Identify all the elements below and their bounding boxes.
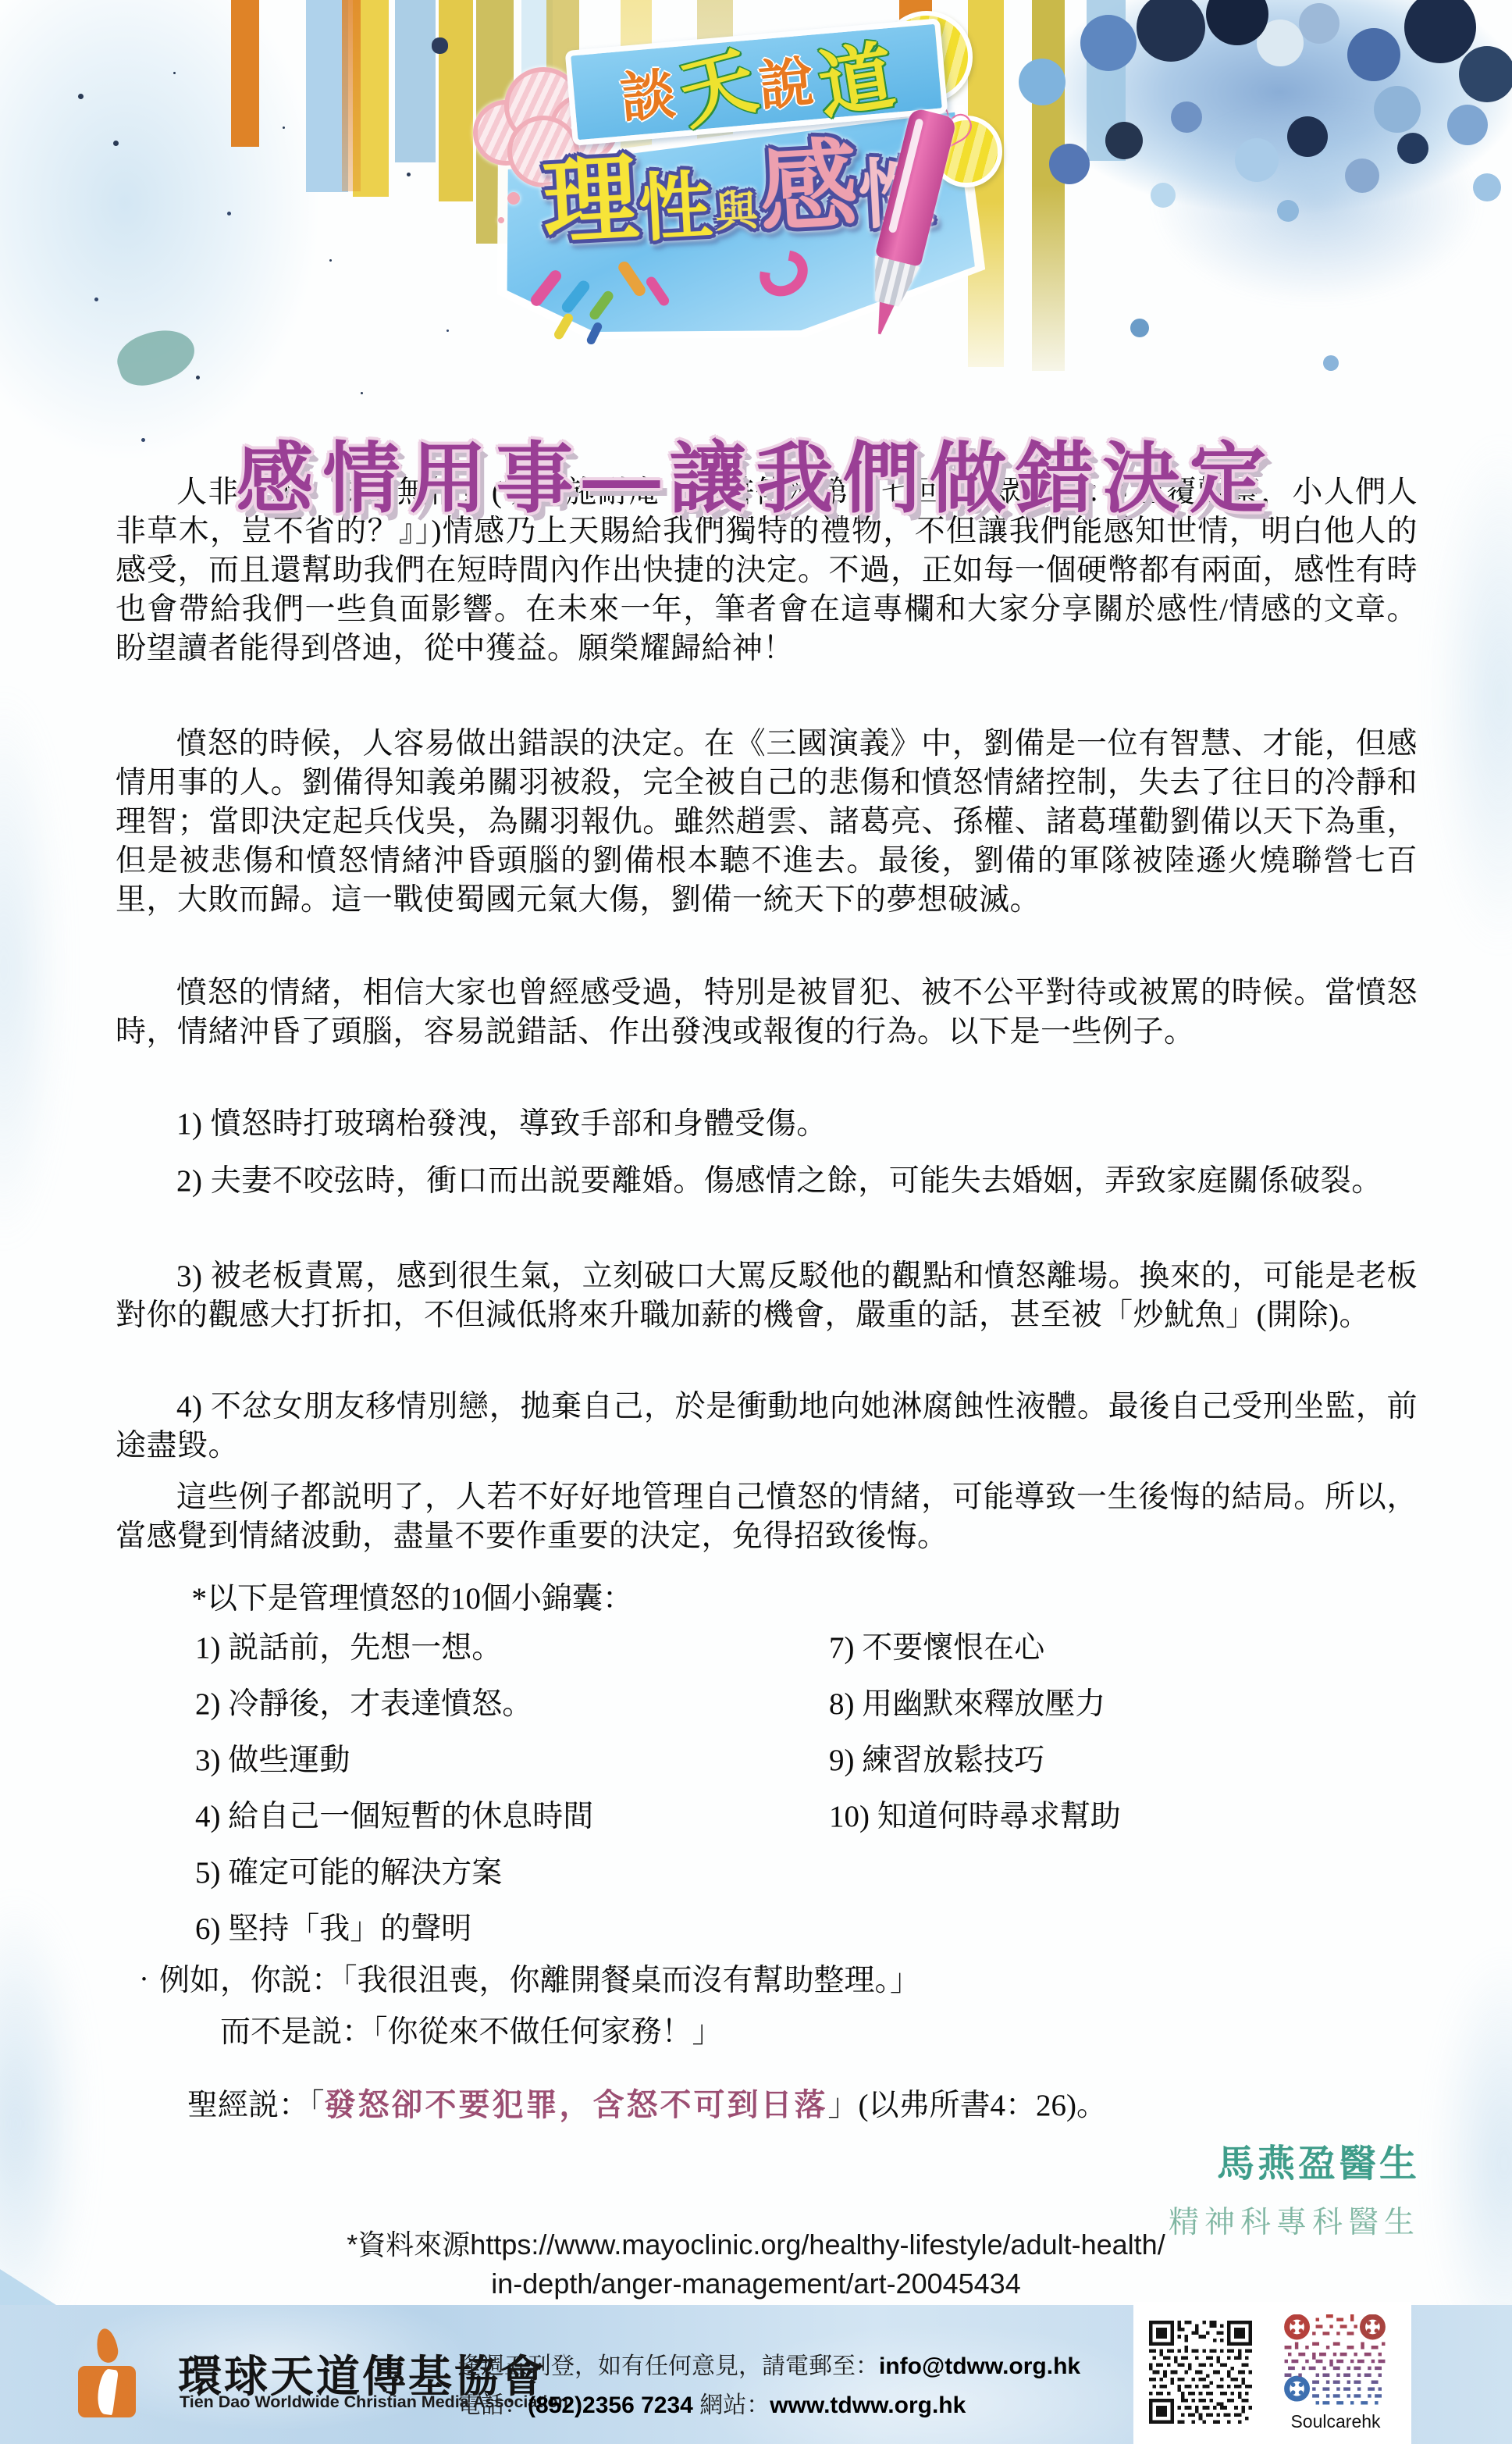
crayon-marks-decoration xyxy=(535,247,816,340)
example-item-4: 4) 不忿女朋友移情別戀，拋棄自己，於是衝動地向她淋腐蝕性液體。最後自己受刑坐監… xyxy=(116,1388,1418,1466)
source-url-line2: in-depth/anger-management/art-20045434 xyxy=(0,2264,1512,2303)
contact-email[interactable]: info@tdww.org.hk xyxy=(879,2353,1080,2379)
watercolor-wash-top-right-inner xyxy=(1153,102,1481,305)
tip-item-3: 3) 做些運動 xyxy=(195,1741,829,1797)
logo-char: 理 xyxy=(540,151,640,251)
example-statement-contrast: 而不是説：「你從來不做任何家務！」 xyxy=(220,2013,1407,2052)
paragraph-conclusion: 這些例子都説明了，人若不好好地管理自己憤怒的情緒，可能導致一生後悔的結局。所以，… xyxy=(116,1478,1418,1556)
example-item-2: 2) 夫妻不咬弦時，衝口而出説要離婚。傷感情之餘，可能失去婚姻，弄致家庭關係破裂… xyxy=(116,1162,1418,1201)
footer-contact-block: 逢週五刊登，如有任何意見，請電郵至：info@tdww.org.hk 電話：(8… xyxy=(457,2347,1113,2425)
bible-verse-line: 聖經説：「發怒卻不要犯罪，含怒不可到日落」(以弗所書4：26)。 xyxy=(187,2085,1421,2126)
logo-char: 性 xyxy=(637,169,714,246)
tip-item-1: 1) 説話前，先想一想。 xyxy=(195,1629,829,1685)
tips-two-column-list: 1) 説話前，先想一想。 2) 冷靜後，才表達憤怒。 3) 做些運動 4) 給自… xyxy=(195,1629,1421,1966)
bible-verse-prefix: 聖經説：「 xyxy=(187,2089,325,2122)
tip-item-2: 2) 冷靜後，才表達憤怒。 xyxy=(195,1685,829,1741)
logo-char: 天 xyxy=(666,21,766,144)
tip-item-6: 6) 堅持「我」的聲明 xyxy=(195,1910,829,1966)
bible-verse-quote: 發怒卻不要犯罪，含怒不可到日落 xyxy=(325,2088,828,2122)
contact-website[interactable]: www.tdww.org.hk xyxy=(770,2392,966,2418)
example-item-3: 3) 被老板責罵，感到很生氣，立刻破口大罵反駁他的觀點和憤怒離場。換來的，可能是… xyxy=(116,1257,1418,1335)
logo-char: 感 xyxy=(757,136,860,239)
tip-item-10: 10) 知道何時尋求幫助 xyxy=(829,1797,1421,1854)
tip-item-4: 4) 給自己一個短暫的休息時間 xyxy=(195,1797,829,1854)
logo-char: 談 xyxy=(617,50,678,134)
flame-icon xyxy=(94,2327,119,2364)
paragraph-anger-examples-intro: 憤怒的情緒，相信大家也曾經感受過，特別是被冒犯、被不公平對待或被罵的時候。當憤怒… xyxy=(116,974,1418,1052)
edge-wash xyxy=(0,687,62,1249)
logo-char: 與 xyxy=(714,190,759,234)
contact-tel[interactable]: (852)2356 7234 xyxy=(528,2392,693,2418)
tips-list-header: *以下是管理憤怒的10個小錦囊： xyxy=(116,1574,1418,1618)
newsletter-page: ♡ 談 天 說 道 理 性 與 感 性 感情用事—讓我們做錯決定 人非草木，孰能… xyxy=(0,0,1512,2444)
ink-speckles-decoration xyxy=(78,94,84,99)
candle-body-icon xyxy=(78,2366,136,2417)
paragraph-liubei-story: 憤怒的時候，人容易做出錯誤的決定。在《三國演義》中，劉備是一位有智慧、才能，但感… xyxy=(116,725,1418,920)
watercolor-wash-top-left xyxy=(0,0,320,461)
tiendao-candle-logo xyxy=(67,2328,153,2422)
qr-caption: Soulcarehk xyxy=(1277,2411,1394,2432)
logo-char: 說 xyxy=(756,37,817,121)
contact-web-label: 網站： xyxy=(693,2392,770,2418)
contact-tel-label: 電話： xyxy=(457,2392,528,2418)
footer-contact-line1: 逢週五刊登，如有任何意見，請電郵至：info@tdww.org.hk xyxy=(457,2347,1113,2386)
article-title: 感情用事—讓我們做錯決定 xyxy=(0,417,1512,528)
qr-code-tdww[interactable] xyxy=(1149,2321,1252,2424)
qr-code-soulcarehk[interactable] xyxy=(1282,2314,1388,2408)
author-title: 精神科專科醫生 xyxy=(1169,2198,1420,2242)
author-block: 馬燕盈醫生 精神科專科醫生 xyxy=(1169,2133,1420,2242)
example-statement-note: ‧例如，你説：「我很沮喪，你離開餐桌而沒有幫助整理。」 xyxy=(129,1961,1409,2000)
tip-item-5: 5) 確定可能的解決方案 xyxy=(195,1854,829,1910)
tip-item-8: 8) 用幽默來釋放壓力 xyxy=(829,1685,1421,1741)
author-name: 馬燕盈醫生 xyxy=(1169,2133,1420,2187)
contact-line1-label: 逢週五刊登，如有任何意見，請電郵至： xyxy=(457,2353,879,2379)
footer-contact-line2: 電話：(852)2356 7234 網站：www.tdww.org.hk xyxy=(457,2386,1113,2425)
bible-verse-suffix: 」(以弗所書4：26)。 xyxy=(828,2089,1107,2122)
example-item-1: 1) 憤怒時打玻璃枱發洩，導致手部和身體受傷。 xyxy=(116,1105,1418,1144)
tip-item-7: 7) 不要懷恨在心 xyxy=(829,1629,1421,1685)
tip-item-9: 9) 練習放鬆技巧 xyxy=(829,1741,1421,1797)
header-decoration: ♡ 談 天 說 道 理 性 與 感 性 xyxy=(0,0,1512,453)
